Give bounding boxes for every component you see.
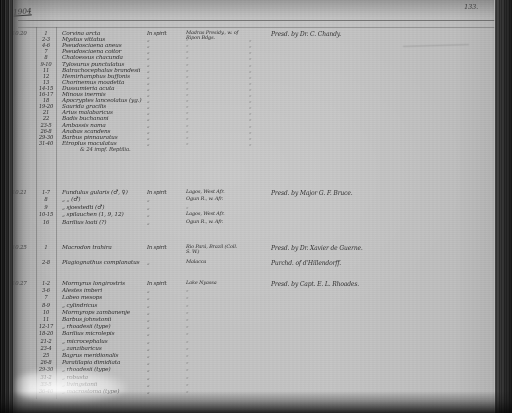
presented-by-note: Purchd. of d'Hillendorff. [271,260,471,267]
preservation-value: „ [147,288,150,294]
locality-value: „ [186,86,242,91]
locality-value: „ [186,80,242,85]
locality-value: „ [186,382,242,387]
locality-value: „ [186,123,242,128]
locality-value: „ [186,303,242,308]
locality-value: „ [186,43,242,48]
ditto-mark: „ [249,123,251,129]
header-rule-top [18,20,497,21]
species-name: Ambassis nama [62,123,106,129]
ditto-mark: „ [249,110,251,116]
specimen-number: 14-15 [36,86,56,92]
specimen-number: 12 [36,74,56,80]
preservation-value: „ [147,382,150,388]
specimen-number: 7 [36,49,56,55]
locality-value: „ [186,346,242,351]
species-name: Mystus vittatus [62,37,105,43]
species-name: Hemirhamphus buffonis [62,74,130,80]
locality-value: „ [186,295,242,300]
locality-value: „ [186,339,242,344]
specimen-number: 10-15 [36,212,56,218]
preservation-value: „ [147,324,150,330]
species-name: Pseudosciaena coitor [62,49,121,55]
species-name: Etroplus maculatus [62,141,117,147]
specimen-number: 1-2 [36,281,56,287]
specimen-number: 23-4 [36,346,56,352]
specimen-number: 13 [36,80,56,86]
preservation-value: „ [147,141,150,147]
ditto-mark: „ [249,86,251,92]
locality-value: „ [186,92,242,97]
species-name: Mormyrus longirostris [62,281,125,287]
preservation-value: „ [147,62,150,68]
preservation-value: „ [147,129,150,135]
table-row: 1Macrodon trahiraIn spiritRio Pará, Braz… [0,245,512,253]
species-name: „ spilauchen (1, 9, 12) [62,212,124,218]
locality-value: „ [186,55,242,60]
preservation-value: In spirit [147,31,167,37]
specimen-number: 26-8 [36,360,56,366]
locality-value: Ogun R., w. Afr. [186,197,242,202]
reptilia-note: & 24 impf. Reptilia. [80,147,131,153]
specimen-number: 10 [36,310,56,316]
locality-value: „ [186,324,242,329]
specimen-number: 21 [36,110,56,116]
preservation-value: „ [147,74,150,80]
preservation-value: „ [147,80,150,86]
species-name: „ microcephalus [62,339,108,345]
locality-value: „ [186,37,242,42]
preservation-value: „ [147,98,150,104]
species-name: Corvina arcta [62,31,100,37]
locality-value: „ [186,317,242,322]
specimen-number: 1 [36,31,56,37]
specimen-number: 12-17 [36,324,56,330]
locality-value: Malacca [186,260,242,265]
specimen-number: 19-20 [36,104,56,110]
species-name: Fundulus gularis (♂, ♀) [62,190,128,196]
species-name: Arius malabaricus [62,110,113,116]
ditto-mark: „ [249,92,251,98]
specimen-number: 3-6 [36,288,56,294]
specimen-number: 2-3 [36,37,56,43]
locality-value: Lagos, West Afr. [186,212,242,217]
preservation-value: „ [147,220,150,226]
locality-value: „ [186,110,242,115]
species-name: Bagrus meridionalis [62,353,118,359]
preservation-value: In spirit [147,190,167,196]
specimen-number: 8-9 [36,303,56,309]
species-name: Anabas scandens [62,129,110,135]
species-name: Barbus pinnauratus [62,135,118,141]
preservation-value: „ [147,346,150,352]
species-name: Badis buchanani [62,116,109,122]
book-fore-edge [495,0,512,413]
preservation-value: „ [147,260,150,266]
preservation-value: „ [147,375,150,381]
species-name: Chorinemus moadetta [62,80,124,86]
specimen-number: 11 [36,68,56,74]
locality-value: „ [186,367,242,372]
table-row: 16Barilius loati (?)„Ogun R., w. Afr. [0,220,512,228]
preservation-value: „ [147,43,150,49]
species-name: Labeo mesops [62,295,102,301]
ditto-mark: „ [249,55,251,61]
locality-value: „ [186,49,242,54]
locality-value: „ [186,104,242,109]
species-name: „ zanzibaricus [62,346,102,352]
preservation-value: „ [147,92,150,98]
binding-streaks [0,0,14,413]
specimen-number: 2-8 [36,260,56,266]
specimen-number: 7 [36,295,56,301]
specimen-number: 22 [36,116,56,122]
locality-value: Rio Pará, Brazil (Coll. S. W.) [186,245,242,256]
ditto-mark: „ [249,68,251,74]
species-name: Alestes imberi [62,288,102,294]
species-name: Tylosurus punctulatus [62,62,124,68]
ditto-mark: „ [249,49,251,55]
specimen-number: 9 [36,205,56,211]
species-name: Dussumieria acuta [62,86,114,92]
species-name: Paratilapia dimidiata [62,360,120,366]
specimen-number: 8 [36,197,56,203]
ditto-mark: „ [249,104,251,110]
preservation-value: „ [147,110,150,116]
locality-value: „ [186,98,242,103]
specimen-number: 9-10 [36,62,56,68]
preservation-value: „ [147,360,150,366]
preservation-value: „ [147,205,150,211]
species-name: Chatoessus chacunda [62,55,123,61]
preservation-value: „ [147,212,150,218]
ditto-mark: „ [249,37,251,43]
ditto-mark: „ [249,98,251,104]
page-number: 133. [464,3,478,11]
preservation-value: „ [147,104,150,110]
locality-value: „ [186,375,242,380]
specimen-number: 16 [36,220,56,226]
preservation-value: „ [147,353,150,359]
locality-value: „ [186,331,242,336]
species-name: „ „ (♂) [62,197,80,203]
top-edge-shadow [0,0,512,19]
preservation-value: In spirit [147,245,167,251]
species-name: „ cylindricus [62,303,97,309]
preservation-value: „ [147,295,150,301]
species-name: Saurida gracilis [62,104,106,110]
species-name: Apocryptes lanceolatus (yg.) [62,98,142,104]
specimen-number: 25 [36,353,56,359]
bottom-edge-shadow [0,391,512,413]
ditto-mark: „ [249,135,251,141]
presented-by-note: Presd. by Major G. F. Bruce. [271,190,471,197]
preservation-value: „ [147,68,150,74]
specimen-number: 23-5 [36,123,56,129]
presented-by-note: Presd. by Capt. E. L. Rhoades. [271,281,471,288]
preservation-value: „ [147,310,150,316]
specimen-number: 18 [36,98,56,104]
ditto-mark: „ [249,62,251,68]
locality-value: „ [186,74,242,79]
ditto-mark: „ [249,43,251,49]
specimen-number: 8 [36,55,56,61]
locality-value: „ [186,135,242,140]
specimen-number: 21-2 [36,339,56,345]
ditto-mark: „ [249,141,251,147]
locality-value: „ [186,353,242,358]
locality-value: „ [186,68,242,73]
locality-value: „ [186,129,242,134]
table-row: 2-8Plagiognathus complanatus„MalaccaPurc… [0,260,512,268]
specimen-number: 18-20 [36,331,56,337]
locality-value: Ogun R., w. Afr. [186,220,242,225]
specimen-number: 1 [36,245,56,251]
preservation-value: „ [147,331,150,337]
locality-value: „ [186,310,242,315]
header-rule-bottom [18,27,497,28]
species-name: Mormyrops zambanenje [62,310,130,316]
presented-by-note: Presd. by Dr. Xavier de Guerne. [271,245,471,252]
specimen-number: 29-30 [36,135,56,141]
specimen-number: 4-6 [36,43,56,49]
species-name: Barilius loati (?) [62,220,106,226]
preservation-value: „ [147,339,150,345]
species-name: Barilius microlepis [62,331,114,337]
preservation-value: „ [147,49,150,55]
table-row: 31-40Etroplus maculatus„„„ [0,141,512,149]
preservation-value: In spirit [147,281,167,287]
preservation-value: „ [147,367,150,373]
species-name: „ sjoestedti (♂) [62,205,104,211]
preservation-value: „ [147,55,150,61]
species-name: Pseudosciaena aneus [62,43,122,49]
locality-value: „ [186,288,242,293]
ditto-mark: „ [249,80,251,86]
locality-value: „ [186,141,242,146]
specimen-number: 11 [36,317,56,323]
specimen-number: 26-8 [36,129,56,135]
locality-value: Lagos, West Afr. [186,190,242,195]
species-name: Barbus johnstonii [62,317,111,323]
locality-value: „ [186,205,242,210]
species-name: „ rhoadesii (type) [62,324,111,330]
preservation-value: „ [147,135,150,141]
preservation-value: „ [147,116,150,122]
locality-value: Lake Nyassa [186,281,242,286]
species-name: Batrachocephalus brandesii [62,68,140,74]
specimen-number: 31-40 [36,141,56,147]
species-name: Plagiognathus complanatus [62,260,140,266]
register-page-scan: 1904 133. 10.201Corvina arctaIn spiritMa… [0,0,512,413]
locality-value: „ [186,62,242,67]
preservation-value: „ [147,303,150,309]
species-name: Macrodon trahira [62,245,112,251]
specimen-number: 16-17 [36,92,56,98]
locality-value: „ [186,116,242,121]
preservation-value: „ [147,123,150,129]
preservation-value: „ [147,86,150,92]
preservation-value: „ [147,37,150,43]
ditto-mark: „ [249,129,251,135]
locality-value: „ [186,360,242,365]
ditto-mark: „ [249,116,251,122]
ditto-mark: „ [249,74,251,80]
specimen-number: 1-7 [36,190,56,196]
preservation-value: „ [147,197,150,203]
preservation-value: „ [147,317,150,323]
